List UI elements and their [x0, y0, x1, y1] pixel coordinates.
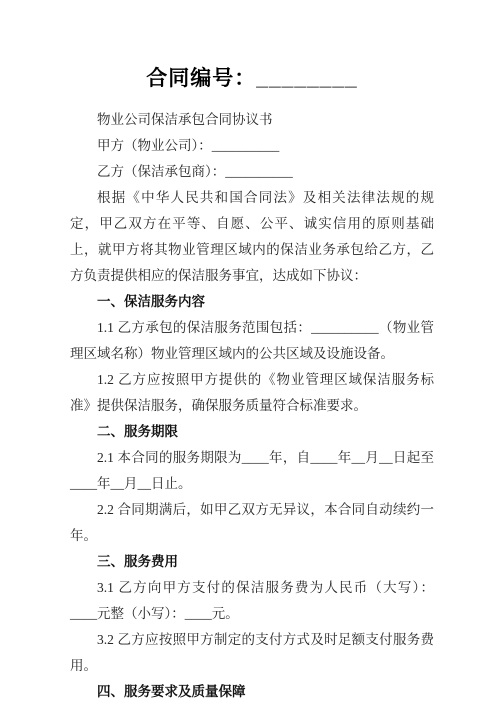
clause-paragraph: 3.2 乙方应按照甲方制定的支付方式及时足额支付服务费用。 — [70, 627, 434, 679]
contract-subject: 物业公司保洁承包合同协议书 — [70, 107, 434, 133]
contract-section: 三、服务费用 3.1 乙方向甲方支付的保洁服务费为人民币（大写）：____元整（… — [70, 549, 434, 679]
section-heading: 四、服务要求及质量保障 — [70, 679, 434, 705]
contract-body: 物业公司保洁承包合同协议书 甲方（物业公司）：__________ 乙方（保洁承… — [70, 107, 434, 705]
sections: 一、保洁服务内容 1.1 乙方承包的保洁服务范围包括：__________（物业… — [70, 289, 434, 705]
clause-paragraph: 1.2 乙方应按照甲方提供的《物业管理区域保洁服务标准》提供保洁服务，确保服务质… — [70, 367, 434, 419]
party-b-line: 乙方（保洁承包商）：__________ — [70, 159, 434, 185]
preamble-paragraph: 根据《中华人民共和国合同法》及相关法律法规的规定，甲乙双方在平等、自愿、公平、诚… — [70, 185, 434, 289]
party-a-line: 甲方（物业公司）：__________ — [70, 133, 434, 159]
clause-paragraph: 3.1 乙方向甲方支付的保洁服务费为人民币（大写）：____元整（小写）：___… — [70, 575, 434, 627]
contract-section: 一、保洁服务内容 1.1 乙方承包的保洁服务范围包括：__________（物业… — [70, 289, 434, 419]
clause-paragraph: 2.2 合同期满后，如甲乙双方无异议，本合同自动续约一年。 — [70, 497, 434, 549]
contract-section: 四、服务要求及质量保障 — [70, 679, 434, 705]
clause-paragraph: 2.1 本合同的服务期限为____年，自____年__月__日起至____年__… — [70, 445, 434, 497]
section-heading: 一、保洁服务内容 — [70, 289, 434, 315]
contract-section: 二、服务期限 2.1 本合同的服务期限为____年，自____年__月__日起至… — [70, 419, 434, 549]
section-heading: 三、服务费用 — [70, 549, 434, 575]
section-heading: 二、服务期限 — [70, 419, 434, 445]
contract-document-page: 合同编号：________ 物业公司保洁承包合同协议书 甲方（物业公司）：___… — [0, 0, 500, 707]
clause-paragraph: 1.1 乙方承包的保洁服务范围包括：__________（物业管理区域名称）物业… — [70, 315, 434, 367]
contract-number-heading: 合同编号：________ — [70, 62, 434, 92]
